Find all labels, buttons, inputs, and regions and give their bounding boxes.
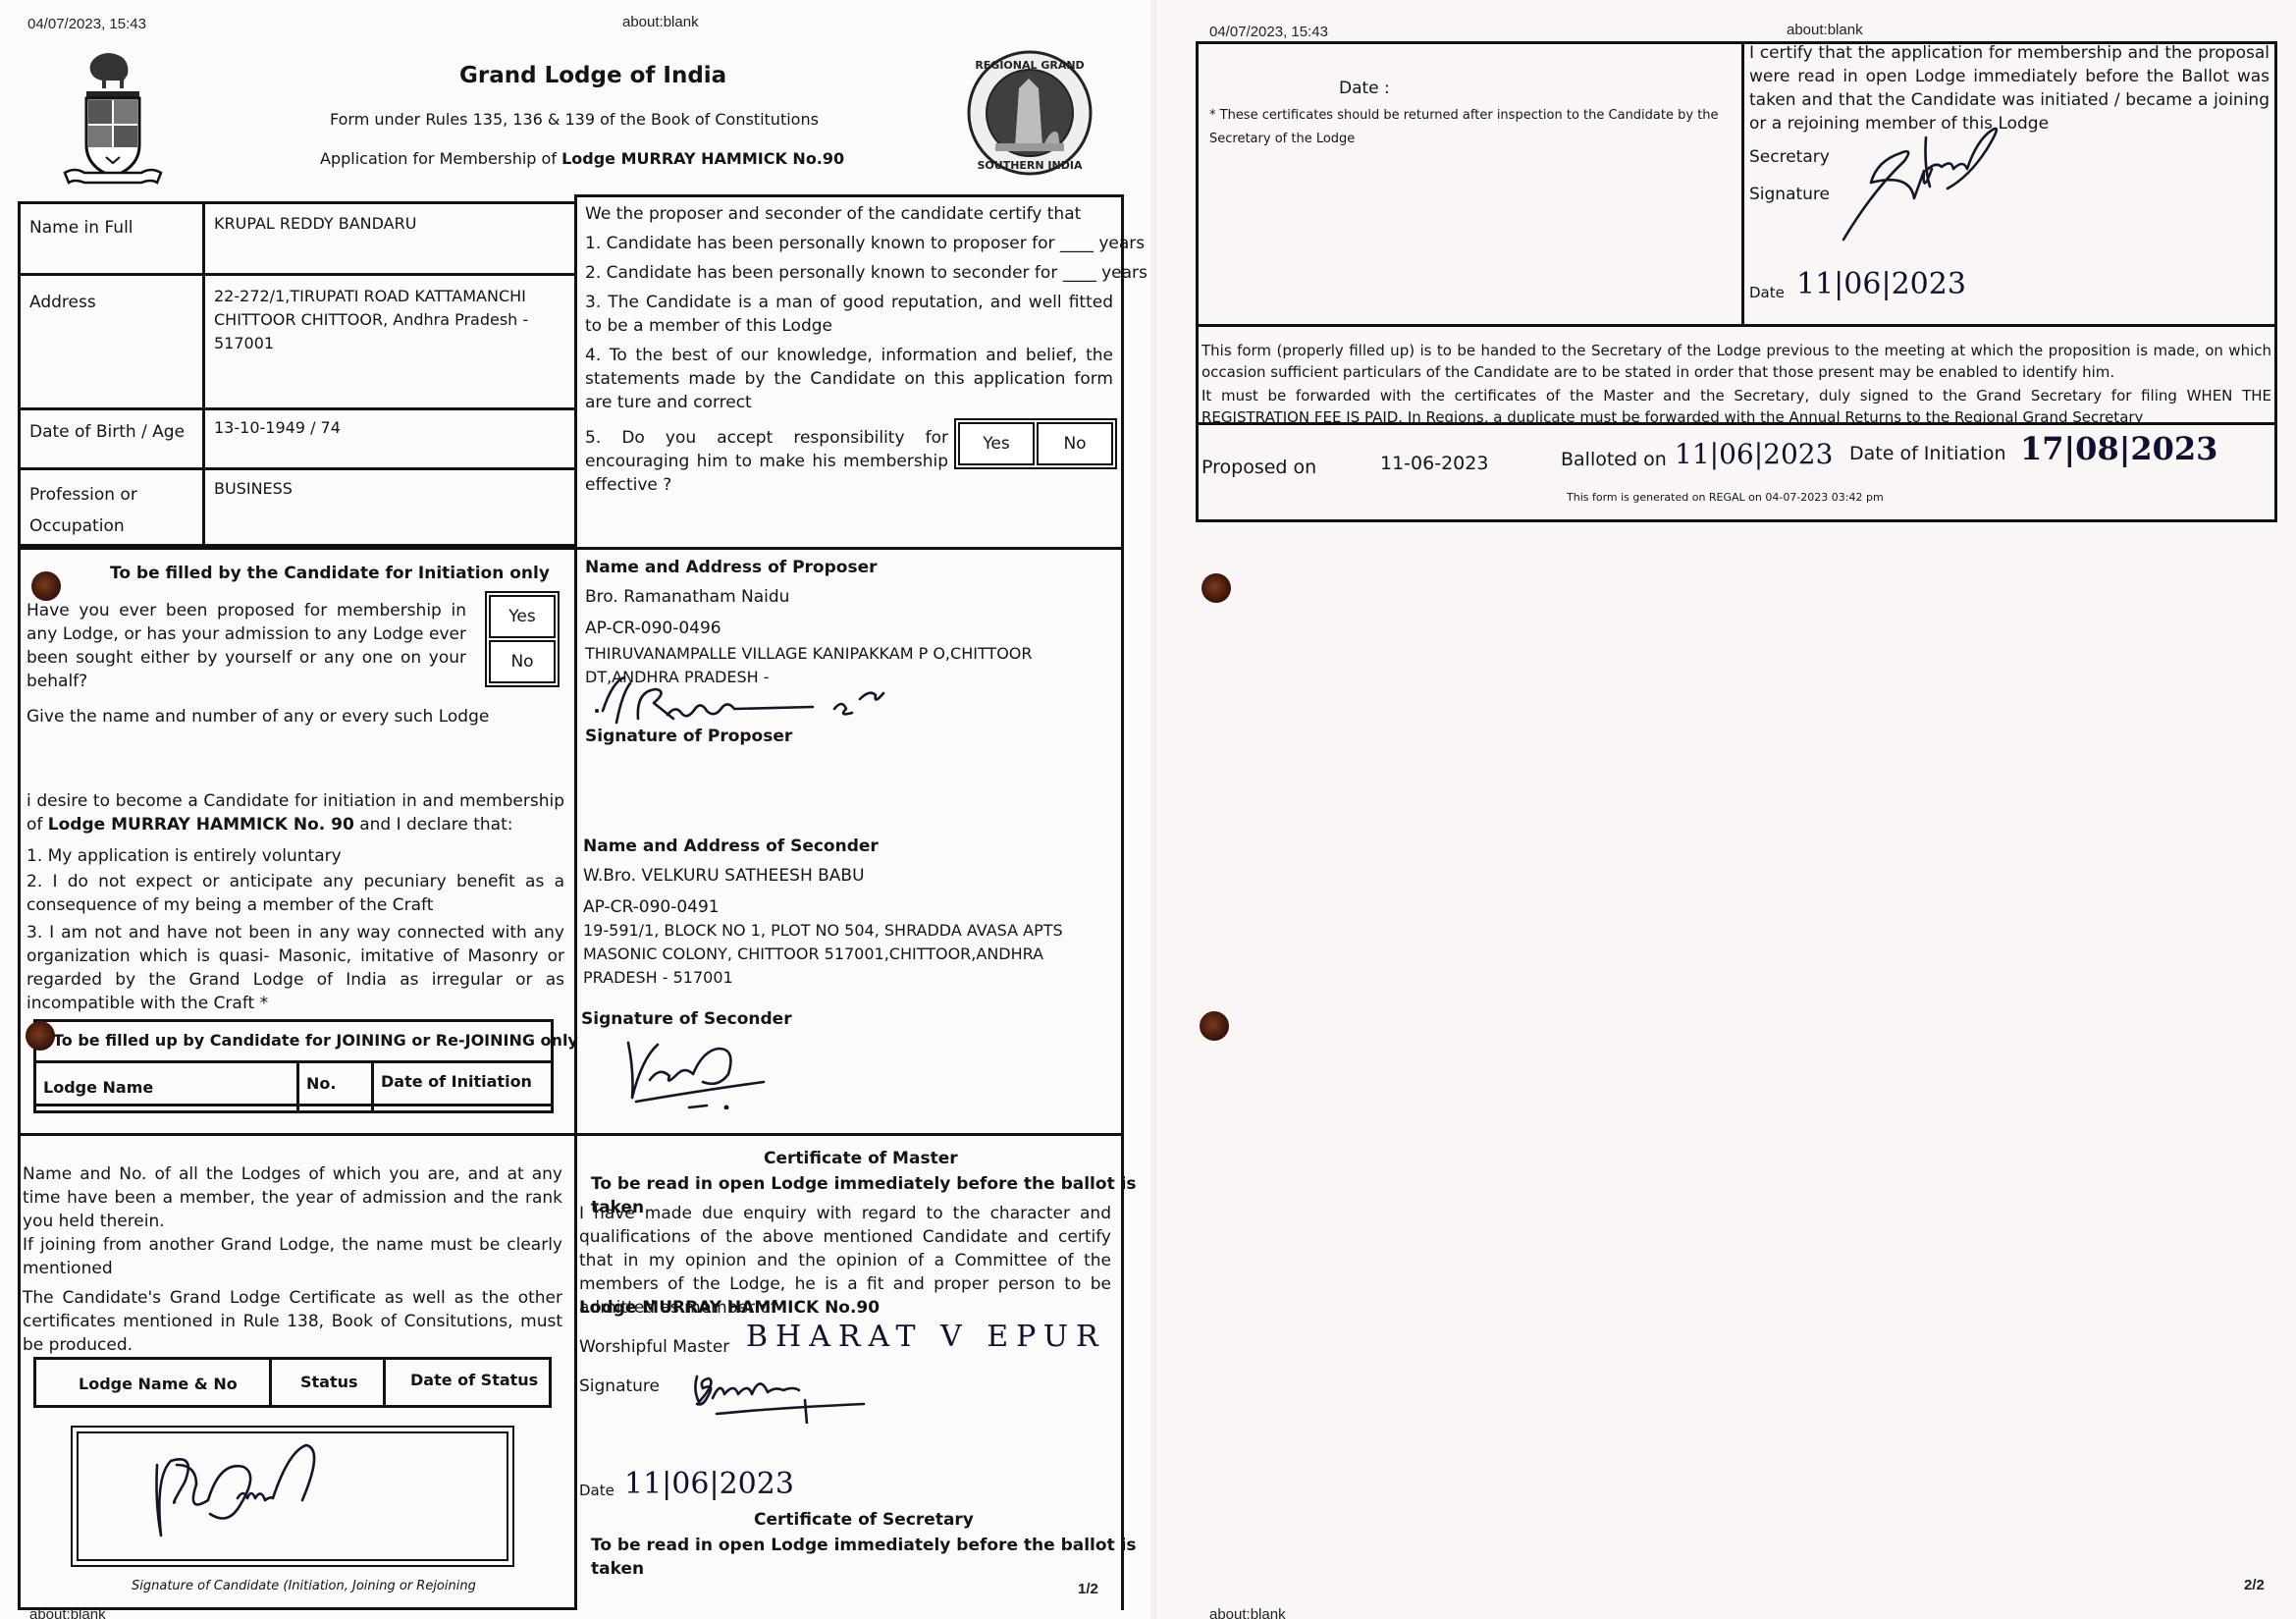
punch-hole xyxy=(1200,1011,1229,1041)
desire-lodge: Lodge MURRAY HAMMICK No. 90 xyxy=(48,815,354,835)
seconder-reg-no: AP-CR-090-0491 xyxy=(583,895,720,919)
master-date-label: Date xyxy=(579,1479,614,1502)
regional-grand-lodge-seal-icon: REGIONAL GRAND SOUTHERN INDIA xyxy=(966,49,1094,177)
master-signature xyxy=(687,1371,874,1424)
print-header-url: about:blank xyxy=(1787,22,1863,38)
declaration-2: 2. I do not expect or anticipate any pec… xyxy=(27,870,564,917)
proposed-on-label: Proposed on xyxy=(1201,456,1316,479)
instructions-paragraph-2: It must be forwarded with the certificat… xyxy=(1201,385,2271,428)
print-header-url: about:blank xyxy=(622,14,699,30)
application-prefix: Application for Membership of xyxy=(320,149,561,168)
q5-no-option[interactable]: No xyxy=(1037,422,1113,465)
proposer-name: Bro. Ramanatham Naidu xyxy=(585,585,789,609)
punch-hole xyxy=(1201,573,1231,603)
punch-hole xyxy=(26,1021,55,1051)
seconder-heading: Name and Address of Seconder xyxy=(583,835,879,858)
joining-col-date: Date of Initiation xyxy=(381,1070,532,1094)
document-subtitle: Form under Rules 135, 136 & 139 of the B… xyxy=(330,110,819,129)
joining-col-lodge-name: Lodge Name xyxy=(43,1076,153,1100)
name-value: KRUPAL REDDY BANDARU xyxy=(214,212,416,236)
print-timestamp: 04/07/2023, 15:43 xyxy=(27,16,146,32)
joining-heading: To be filled up by Candidate for JOINING… xyxy=(53,1029,578,1052)
seconder-signature xyxy=(616,1031,793,1109)
master-cert-lodge: Lodge MURRAY HAMMICK No.90 xyxy=(579,1296,880,1320)
candidate-signature xyxy=(147,1435,363,1543)
instructions-paragraph-1: This form (properly filled up) is to be … xyxy=(1201,340,2271,383)
document-title: Grand Lodge of India xyxy=(459,63,726,88)
certify-item-4: 4. To the best of our knowledge, informa… xyxy=(585,344,1113,414)
page-number-2: 2/2 xyxy=(2244,1577,2265,1593)
balloted-on-label: Balloted on xyxy=(1561,448,1667,471)
secretary-label: Secretary xyxy=(1749,145,1830,169)
history-col-date: Date of Status xyxy=(410,1369,538,1392)
secretary-date-label: Date xyxy=(1749,281,1785,304)
master-cert-title: Certificate of Master xyxy=(764,1147,958,1170)
seconder-signature-label: Signature of Seconder xyxy=(581,1007,792,1031)
secretary-signature-label: Signature xyxy=(1749,183,1830,206)
proposer-reg-no: AP-CR-090-0496 xyxy=(585,617,721,640)
declaration-3: 3. I am not and have not been in any way… xyxy=(27,921,564,1015)
application-line: Application for Membership of Lodge MURR… xyxy=(320,149,844,168)
page-number-1: 1/2 xyxy=(1078,1581,1098,1597)
initiation-date-value: 17|08|2023 xyxy=(2020,430,2217,467)
certify-item-2: 2. Candidate has been personally known t… xyxy=(585,261,1148,285)
initiation-question: Have you ever been proposed for membersh… xyxy=(27,599,466,693)
secretary-signature xyxy=(1824,102,2040,249)
master-signature-label: Signature xyxy=(579,1375,660,1398)
certificates-return-note: * These certificates should be returned … xyxy=(1209,104,1720,151)
initiation-heading: To be filled by the Candidate for Initia… xyxy=(110,562,550,585)
balloted-on-value: 11|06|2023 xyxy=(1675,438,1833,470)
worshipful-master-label: Worshipful Master xyxy=(579,1335,729,1359)
history-col-status: Status xyxy=(300,1371,358,1394)
lodges-history-para2: If joining from another Grand Lodge, the… xyxy=(23,1233,562,1280)
desire-suffix: and I declare that: xyxy=(354,815,513,835)
punch-hole xyxy=(31,571,61,601)
initiation-yes-option[interactable]: Yes xyxy=(489,595,556,638)
address-value: 22-272/1,TIRUPATI ROAD KATTAMANCHI CHITT… xyxy=(214,285,548,355)
worshipful-master-name: BHARAT V EPUR xyxy=(746,1320,1106,1354)
application-lodge: Lodge MURRAY HAMMICK No.90 xyxy=(561,149,844,168)
profession-value: BUSINESS xyxy=(214,477,293,501)
certify-item-1: 1. Candidate has been personally known t… xyxy=(585,232,1145,255)
declaration-1: 1. My application is entirely voluntary xyxy=(27,844,342,868)
proposed-on-value: 11-06-2023 xyxy=(1380,452,1488,475)
certify-intro: We the proposer and seconder of the cand… xyxy=(585,202,1081,226)
dob-label: Date of Birth / Age xyxy=(29,420,185,444)
seconder-address: 19-591/1, BLOCK NO 1, PLOT NO 504, SHRAD… xyxy=(583,919,1074,990)
lodges-history-para1: Name and No. of all the Lodges of which … xyxy=(23,1162,562,1233)
certify-item-3: 3. The Candidate is a man of good reputa… xyxy=(585,291,1113,338)
print-footer-url: about:blank xyxy=(1209,1606,1286,1619)
certify-q5: 5. Do you accept responsibility for enco… xyxy=(585,426,948,497)
history-col-lodge: Lodge Name & No xyxy=(79,1373,238,1396)
name-label: Name in Full xyxy=(29,216,133,240)
candidate-signature-caption: Signature of Candidate (Initiation, Join… xyxy=(132,1579,476,1593)
proposer-heading: Name and Address of Proposer xyxy=(585,556,877,579)
profession-label: Profession or Occupation xyxy=(29,479,167,542)
dob-value: 13-10-1949 / 74 xyxy=(214,416,341,440)
secretary-date-value: 11|06|2023 xyxy=(1796,267,1966,301)
print-timestamp: 04/07/2023, 15:43 xyxy=(1209,24,1328,40)
q5-yes-option[interactable]: Yes xyxy=(958,422,1035,465)
seconder-name: W.Bro. VELKURU SATHEESH BABU xyxy=(583,864,865,888)
proposer-signature-label: Signature of Proposer xyxy=(585,725,792,748)
form-page-1: 04/07/2023, 15:43 about:blank Grand Lodg… xyxy=(0,0,1150,1619)
generated-note: This form is generated on REGAL on 04-07… xyxy=(1567,491,1884,504)
date-label: Date : xyxy=(1339,77,1390,100)
secretary-cert-subtitle: To be read in open Lodge immediately bef… xyxy=(591,1534,1150,1581)
master-date-value: 11|06|2023 xyxy=(624,1467,794,1501)
initiation-no-option[interactable]: No xyxy=(489,640,556,683)
address-label: Address xyxy=(29,291,96,314)
lodges-history-para3: The Candidate's Grand Lodge Certificate … xyxy=(23,1286,562,1357)
desire-statement: i desire to become a Candidate for initi… xyxy=(27,789,564,836)
joining-col-no: No. xyxy=(306,1072,336,1096)
form-page-2: 04/07/2023, 15:43 about:blank Date : * T… xyxy=(1156,0,2296,1619)
give-lodge-name-prompt: Give the name and number of any or every… xyxy=(27,705,489,729)
initiation-date-label: Date of Initiation xyxy=(1849,442,2006,465)
grand-lodge-crest-icon xyxy=(59,47,167,199)
svg-text:SOUTHERN INDIA: SOUTHERN INDIA xyxy=(978,159,1083,172)
print-footer-url: about:blank xyxy=(29,1606,106,1619)
secretary-cert-title: Certificate of Secretary xyxy=(754,1508,974,1532)
svg-text:REGIONAL GRAND: REGIONAL GRAND xyxy=(975,59,1084,72)
